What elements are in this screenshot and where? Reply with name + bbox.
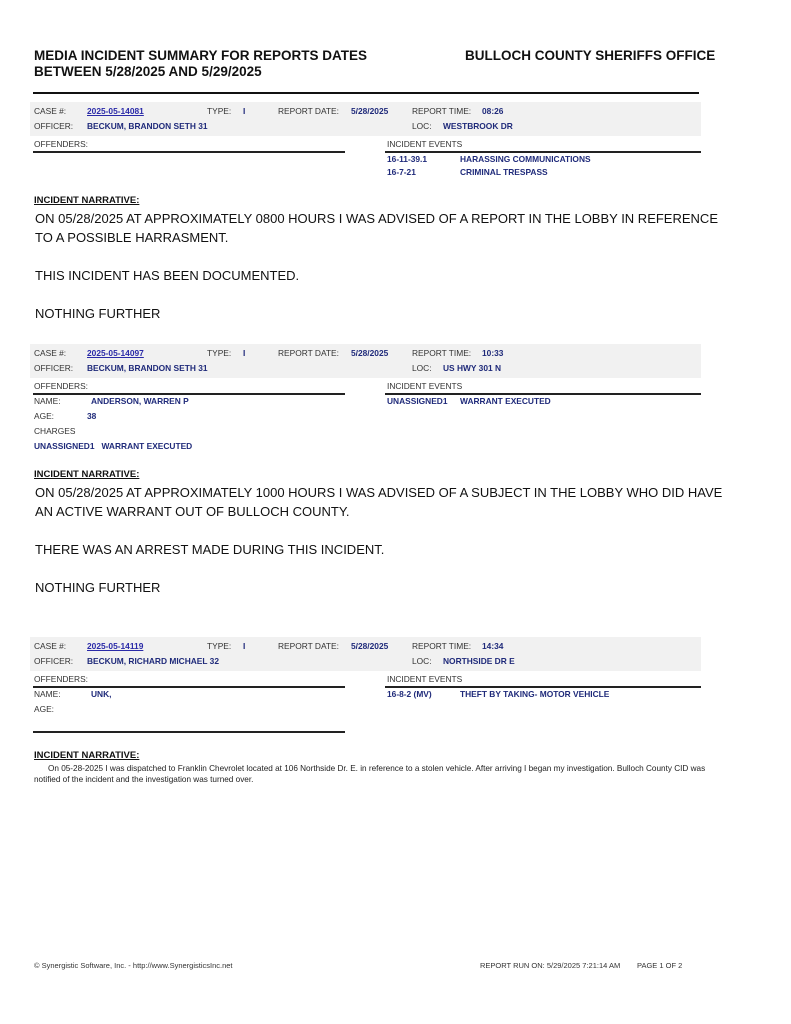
incident-events-label: INCIDENT EVENTS (387, 139, 462, 149)
footer-copyright: © Synergistic Software, Inc. - http://ww… (34, 961, 233, 970)
officer-label: OFFICER: (34, 656, 73, 666)
offenders-divider (33, 151, 345, 153)
narrative-text: ON 05/28/2025 AT APPROXIMATELY 0800 HOUR… (35, 209, 725, 323)
offenders-divider (33, 393, 345, 395)
offenders-label: OFFENDERS: (34, 381, 88, 391)
report-time-value: 10:33 (482, 348, 503, 358)
event-desc: WARRANT EXECUTED (460, 396, 551, 406)
officer-label: OFFICER: (34, 121, 73, 131)
event-code: UNASSIGNED1 (387, 396, 448, 406)
footer-page-number: PAGE 1 OF 2 (637, 961, 682, 970)
events-divider (385, 686, 701, 688)
officer-value: BECKUM, BRANDON SETH 31 (87, 363, 208, 373)
age-label: AGE: (34, 411, 54, 421)
report-date-value: 5/28/2025 (351, 641, 388, 651)
report-title-line1: MEDIA INCIDENT SUMMARY FOR REPORTS DATES (34, 48, 367, 64)
case-label: CASE #: (34, 348, 66, 358)
type-value: I (243, 348, 245, 358)
agency-name: BULLOCH COUNTY SHERIFFS OFFICE (465, 48, 715, 64)
offenders-label: OFFENDERS: (34, 674, 88, 684)
report-title: MEDIA INCIDENT SUMMARY FOR REPORTS DATES… (34, 48, 367, 80)
report-date-label: REPORT DATE: (278, 106, 339, 116)
officer-label: OFFICER: (34, 363, 73, 373)
narrative-text: ON 05/28/2025 AT APPROXIMATELY 1000 HOUR… (35, 483, 735, 597)
report-time-value: 14:34 (482, 641, 503, 651)
footer-run-on: REPORT RUN ON: 5/29/2025 7:21:14 AM (480, 961, 620, 970)
narrative-heading: INCIDENT NARRATIVE: (34, 469, 139, 480)
report-time-label: REPORT TIME: (412, 106, 471, 116)
narrative-text: On 05-28-2025 I was dispatched to Frankl… (34, 764, 714, 785)
offender-name: ANDERSON, WARREN P (91, 396, 189, 406)
report-date-label: REPORT DATE: (278, 348, 339, 358)
offenders-label: OFFENDERS: (34, 139, 88, 149)
offender-charges: UNASSIGNED1 WARRANT EXECUTED (34, 441, 192, 451)
narrative-heading: INCIDENT NARRATIVE: (34, 195, 139, 206)
type-value: I (243, 106, 245, 116)
report-time-label: REPORT TIME: (412, 641, 471, 651)
incident-events-label: INCIDENT EVENTS (387, 674, 462, 684)
offender-end-divider (33, 731, 345, 733)
offender-age: 38 (87, 411, 96, 421)
type-label: TYPE: (207, 348, 231, 358)
report-title-line2: BETWEEN 5/28/2025 AND 5/29/2025 (34, 64, 367, 80)
name-label: NAME: (34, 396, 61, 406)
report-date-value: 5/28/2025 (351, 106, 388, 116)
loc-value: US HWY 301 N (443, 363, 501, 373)
type-label: TYPE: (207, 106, 231, 116)
case-number-link[interactable]: 2025-05-14097 (87, 348, 144, 358)
case-label: CASE #: (34, 106, 66, 116)
report-date-label: REPORT DATE: (278, 641, 339, 651)
event-desc: HARASSING COMMUNICATIONS (460, 154, 591, 164)
header-divider (33, 92, 699, 94)
narrative-heading: INCIDENT NARRATIVE: (34, 750, 139, 761)
events-divider (385, 393, 701, 395)
events-divider (385, 151, 701, 153)
case-number-link[interactable]: 2025-05-14119 (87, 641, 143, 651)
officer-value: BECKUM, RICHARD MICHAEL 32 (87, 656, 219, 666)
name-label: NAME: (34, 689, 61, 699)
age-label: AGE: (34, 704, 54, 714)
incident-events-label: INCIDENT EVENTS (387, 381, 462, 391)
case-number-link[interactable]: 2025-05-14081 (87, 106, 144, 116)
report-time-value: 08:26 (482, 106, 503, 116)
report-time-label: REPORT TIME: (412, 348, 471, 358)
event-code: 16-8-2 (MV) (387, 689, 432, 699)
officer-value: BECKUM, BRANDON SETH 31 (87, 121, 208, 131)
loc-label: LOC: (412, 121, 432, 131)
event-desc: THEFT BY TAKING- MOTOR VEHICLE (460, 689, 609, 699)
loc-value: NORTHSIDE DR E (443, 656, 515, 666)
charges-label: CHARGES (34, 426, 75, 436)
report-date-value: 5/28/2025 (351, 348, 388, 358)
event-desc: CRIMINAL TRESPASS (460, 167, 548, 177)
case-label: CASE #: (34, 641, 66, 651)
offenders-divider (33, 686, 345, 688)
type-value: I (243, 641, 245, 651)
loc-label: LOC: (412, 656, 432, 666)
loc-value: WESTBROOK DR (443, 121, 513, 131)
event-code: 16-7-21 (387, 167, 416, 177)
loc-label: LOC: (412, 363, 432, 373)
offender-name: UNK, (91, 689, 111, 699)
type-label: TYPE: (207, 641, 231, 651)
event-code: 16-11-39.1 (387, 154, 427, 164)
